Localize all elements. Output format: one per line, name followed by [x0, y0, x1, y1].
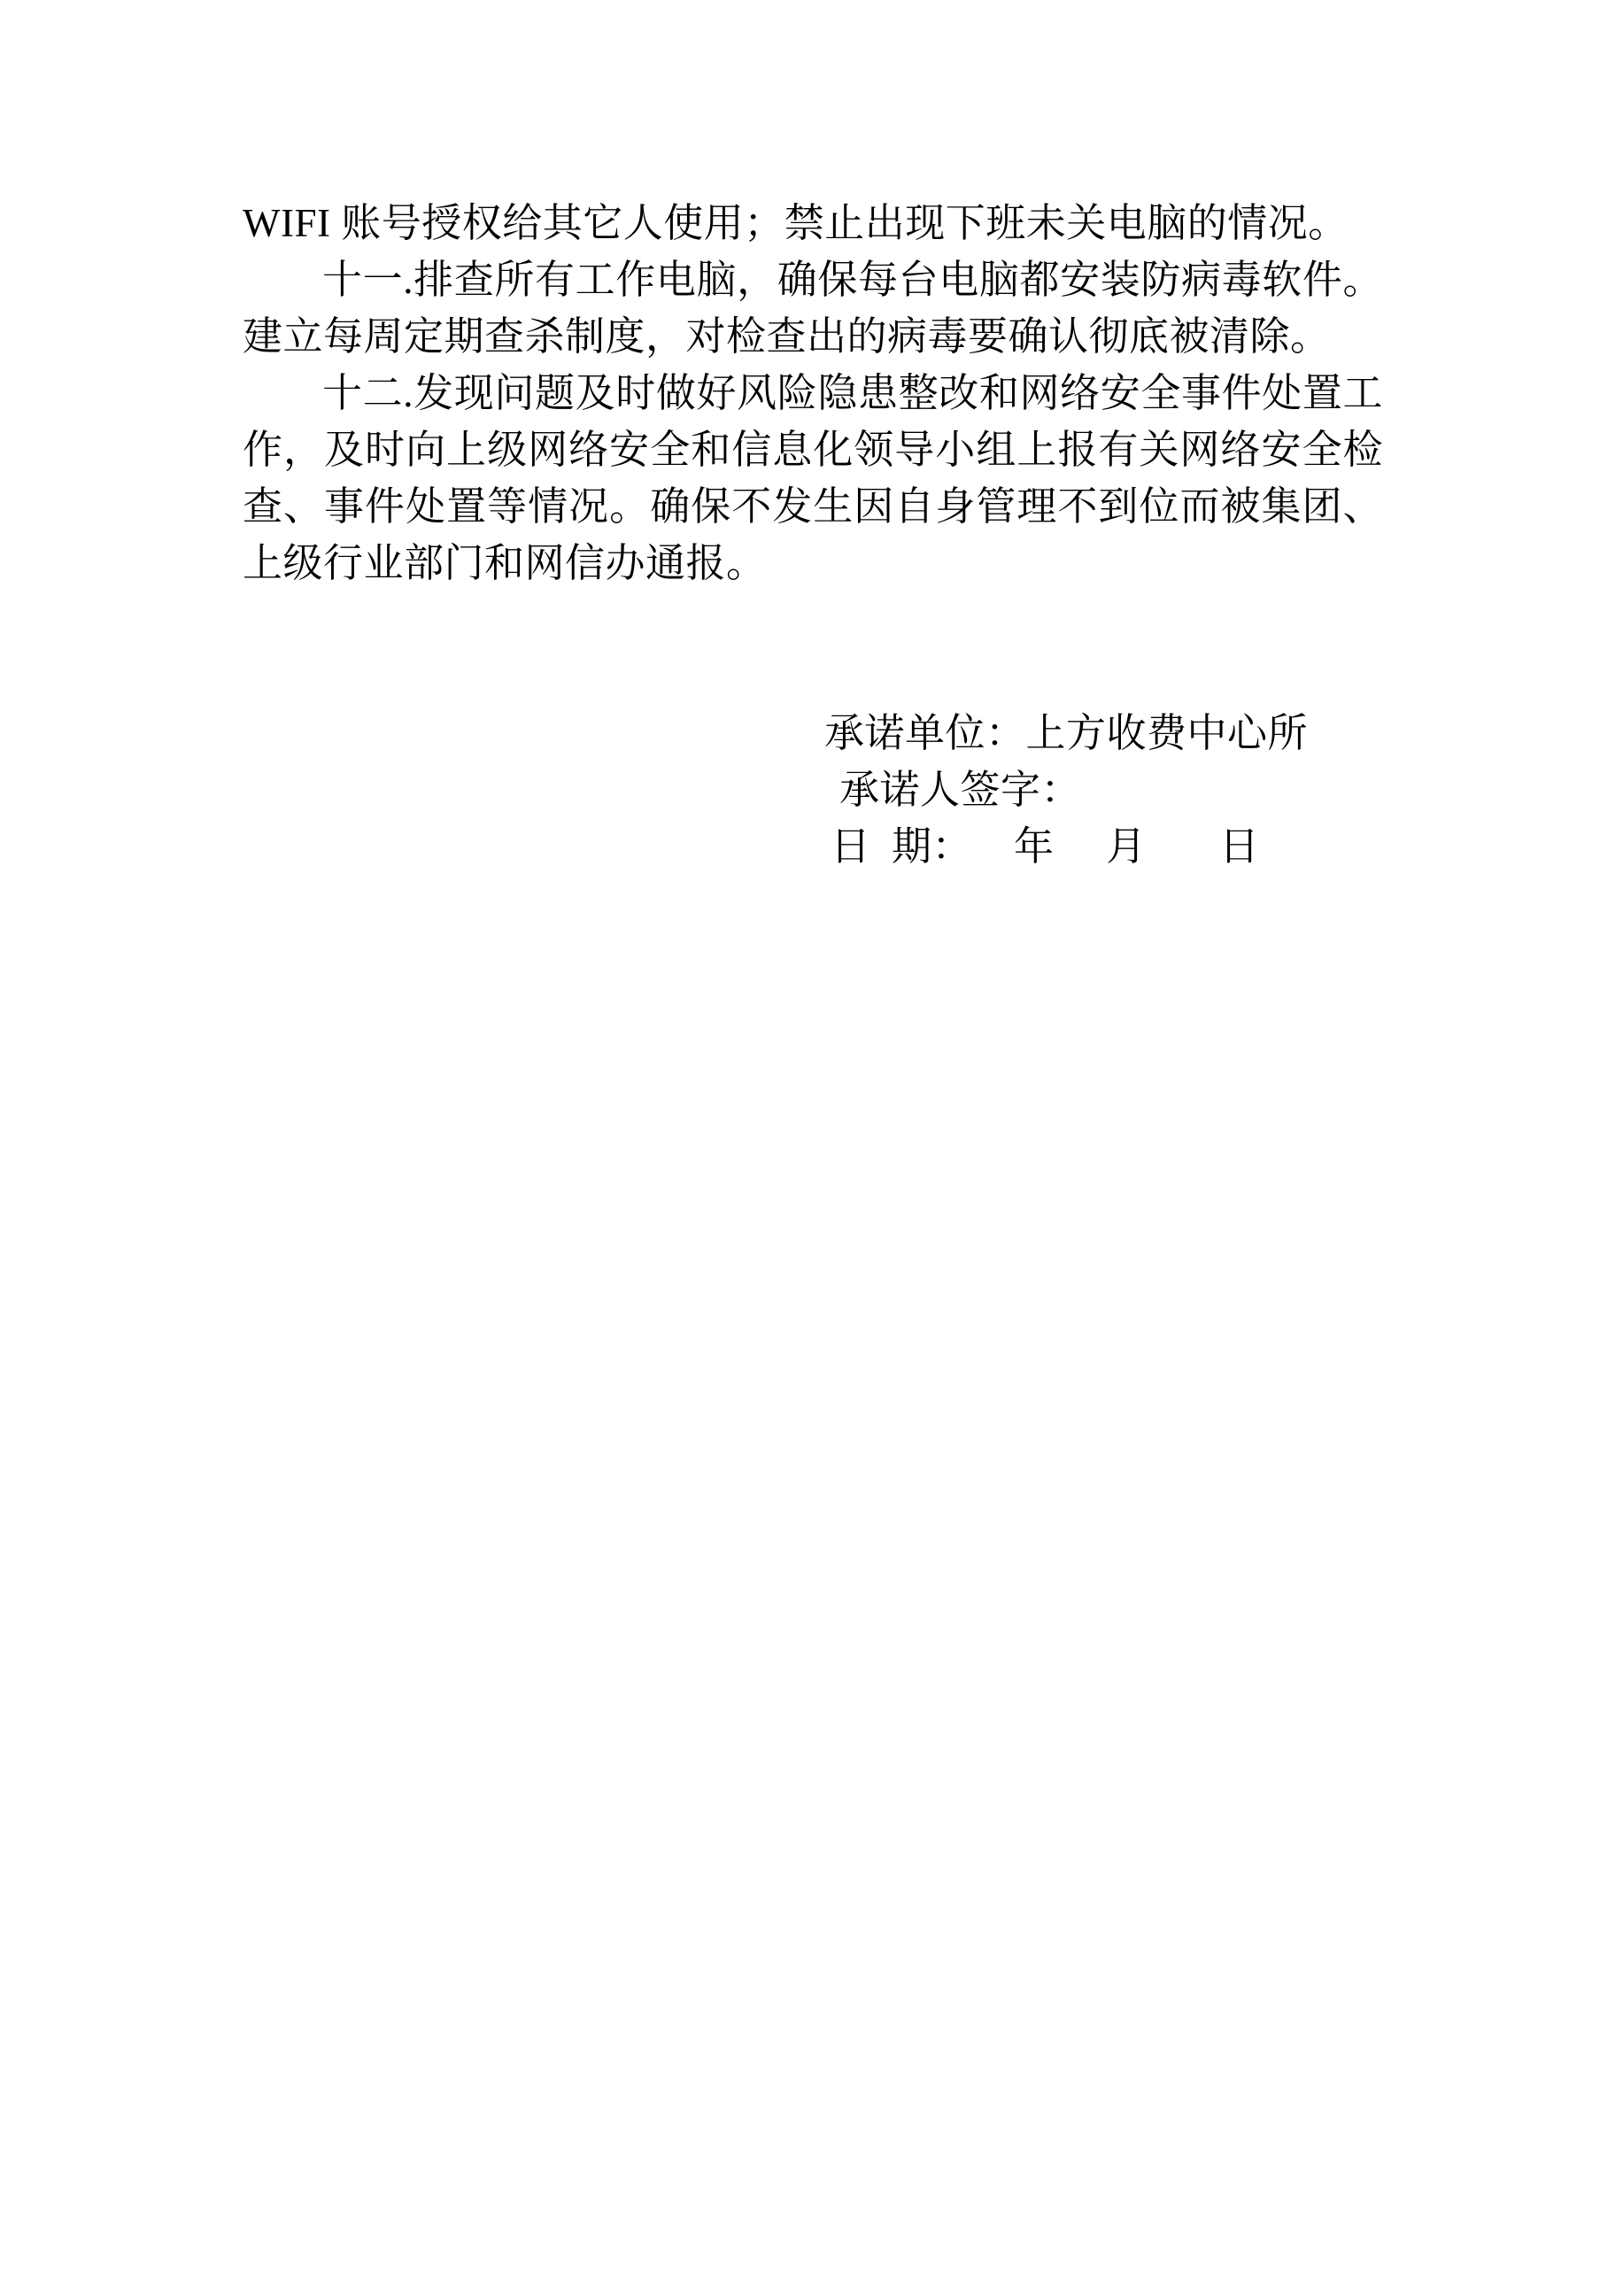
- signature-block: 承诺单位：上方收费中心所 承诺人签字： 日 期： 年 月 日: [824, 705, 1383, 875]
- document-page: WIFI 账号授权给其它人使用；禁止出现下班未关电脑的情况。 十一.排查所有工作…: [0, 0, 1623, 2296]
- body-paragraph-item-12: 十二.发现问题及时做好风险隐患整改和网络安全事件处置工作，及时向上级网络安全和信…: [243, 365, 1383, 591]
- signature-date-line: 日 期： 年 月 日: [824, 818, 1383, 875]
- body-paragraph-continuation: WIFI 账号授权给其它人使用；禁止出现下班未关电脑的情况。: [243, 195, 1383, 251]
- document-body: WIFI 账号授权给其它人使用；禁止出现下班未关电脑的情况。 十一.排查所有工作…: [243, 195, 1383, 875]
- signature-unit-line: 承诺单位：上方收费中心所: [824, 705, 1383, 761]
- signature-signer-line: 承诺人签字：: [824, 761, 1383, 818]
- body-paragraph-item-11: 十一.排查所有工作电脑，确保每台电脑都安装防病毒软件。建立每周定期查杀制度，对检…: [243, 251, 1383, 365]
